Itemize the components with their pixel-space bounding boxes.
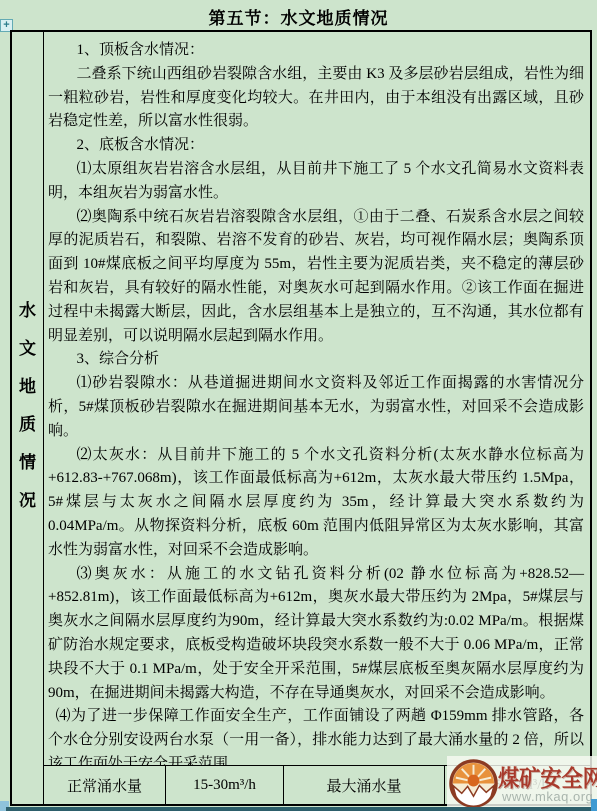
paragraph: 1、顶板含水情况： <box>48 39 584 63</box>
document-page: + 第五节：水文地质情况 水 文 地 质 情 况 1、顶板含水情况： 二叠系下统… <box>0 0 597 811</box>
watermark-site-url[interactable]: www.mkaq.org <box>502 789 593 804</box>
sidebar-vertical-label: 水 文 地 质 情 况 <box>12 32 44 804</box>
paragraph: ⑵奥陶系中统石灰岩岩溶裂隙含水层组，①由于二叠、石炭系含水层之间较厚的泥质岩石，… <box>48 206 584 349</box>
mkaq-logo-icon <box>449 759 498 808</box>
watermark: 煤矿安全网 www.mkaq.org <box>447 756 597 811</box>
page-title: 第五节：水文地质情况 <box>0 4 597 29</box>
normal-inflow-label: 正常涌水量 <box>44 766 166 804</box>
paragraph: ⑴太原组灰岩岩溶含水层组，从目前井下施工了 5 个水文孔简易水文资料表明，本组灰… <box>48 158 584 206</box>
sidebar-char: 质 <box>19 410 36 435</box>
sidebar-char: 文 <box>19 334 36 359</box>
paragraph: 二叠系下统山西组砂岩裂隙含水组，主要由 K3 及多层砂岩层组成，岩性为细一粗粒砂… <box>48 63 584 134</box>
paragraph: ⑵太灰水：从目前井下施工的 5 个水文孔资料分析(太灰水静水位标高为+612.8… <box>48 444 584 563</box>
max-inflow-label: 最大涌水量 <box>284 766 445 804</box>
sidebar-char: 地 <box>19 372 36 397</box>
normal-inflow-value: 15-30m³/h <box>166 766 284 804</box>
window-edge-corner-right <box>591 799 597 811</box>
paragraph: ⑴砂岩裂隙水：从巷道掘进期间水文资料及邻近工作面揭露的水害情况分析，5#煤顶板砂… <box>48 372 584 443</box>
sidebar-char: 况 <box>19 486 36 511</box>
window-edge-bottom <box>6 807 597 811</box>
sidebar-char: 水 <box>19 296 36 321</box>
paragraph: 3、综合分析 <box>48 348 584 372</box>
paragraph: 2、底板含水情况： <box>48 134 584 158</box>
content-text: 1、顶板含水情况： 二叠系下统山西组砂岩裂隙含水组，主要由 K3 及多层砂岩层组… <box>44 32 590 765</box>
document-table: 水 文 地 质 情 况 1、顶板含水情况： 二叠系下统山西组砂岩裂隙含水组，主要… <box>10 30 592 806</box>
table-main-cell: 1、顶板含水情况： 二叠系下统山西组砂岩裂隙含水组，主要由 K3 及多层砂岩层组… <box>44 32 590 804</box>
paragraph: ⑶奥灰水：从施工的水文钻孔资料分析(02 静水位标高为+828.52—+852.… <box>48 563 584 706</box>
sidebar-char: 情 <box>19 448 36 473</box>
